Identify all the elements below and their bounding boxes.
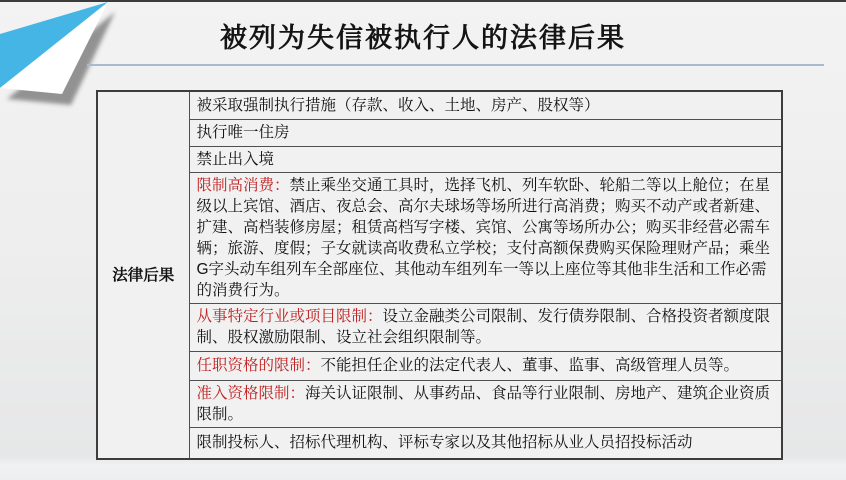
- consequence-lead: 任职资格的限制：: [197, 357, 321, 374]
- table-row: 准入资格限制：海关认证限制、从事药品、食品等行业限制、房地产、建筑企业资质限制。: [97, 380, 782, 427]
- consequence-cell: 从事特定行业或项目限制：设立金融类公司限制、发行债券限制、合格投资者额度限制、股…: [189, 303, 782, 351]
- consequence-cell: 限制高消费：禁止乘坐交通工具时，选择飞机、列车软卧、轮船二等以上舱位；在星级以上…: [189, 172, 782, 303]
- consequence-lead: 准入资格限制：: [197, 385, 306, 402]
- slide-top-border: [0, 0, 846, 2]
- table-row: 限制高消费：禁止乘坐交通工具时，选择飞机、列车软卧、轮船二等以上舱位；在星级以上…: [97, 172, 782, 303]
- page-title: 被列为失信被执行人的法律后果: [0, 16, 846, 55]
- title-divider-line: [87, 64, 824, 66]
- slide-background: { "slide": { "title": "被列为失信被执行人的法律后果", …: [0, 0, 846, 480]
- consequence-cell: 被采取强制执行措施（存款、收入、土地、房产、股权等）: [189, 91, 782, 119]
- consequence-cell: 准入资格限制：海关认证限制、从事药品、食品等行业限制、房地产、建筑企业资质限制。: [189, 380, 782, 427]
- table-row: 执行唯一住房: [97, 119, 782, 146]
- consequence-text: 执行唯一住房: [197, 124, 290, 141]
- table-row: 法律后果 被采取强制执行措施（存款、收入、土地、房产、股权等）: [97, 91, 782, 119]
- consequence-text: 禁止乘坐交通工具时，选择飞机、列车软卧、轮船二等以上舱位；在星级以上宾馆、酒店、…: [197, 177, 771, 299]
- consequence-lead: 限制高消费：: [197, 177, 290, 194]
- consequence-cell: 禁止出入境: [189, 146, 782, 172]
- consequence-lead: 从事特定行业或项目限制：: [197, 308, 383, 325]
- consequence-text: 限制投标人、招标代理机构、评标专家以及其他招标从业人员招投标活动: [197, 434, 693, 451]
- consequence-text: 禁止出入境: [197, 151, 275, 168]
- row-header-cell: 法律后果: [97, 91, 189, 459]
- consequence-cell: 任职资格的限制：不能担任企业的法定代表人、董事、监事、高级管理人员等。: [189, 351, 782, 380]
- consequences-table: 法律后果 被采取强制执行措施（存款、收入、土地、房产、股权等） 执行唯一住房 禁…: [96, 90, 783, 460]
- table-row: 任职资格的限制：不能担任企业的法定代表人、董事、监事、高级管理人员等。: [97, 351, 782, 380]
- table-row: 从事特定行业或项目限制：设立金融类公司限制、发行债券限制、合格投资者额度限制、股…: [97, 303, 782, 351]
- table-row: 限制投标人、招标代理机构、评标专家以及其他招标从业人员招投标活动: [97, 427, 782, 459]
- consequence-text: 不能担任企业的法定代表人、董事、监事、高级管理人员等。: [321, 357, 740, 374]
- consequence-cell: 执行唯一住房: [189, 119, 782, 146]
- table-row: 禁止出入境: [97, 146, 782, 172]
- consequence-cell: 限制投标人、招标代理机构、评标专家以及其他招标从业人员招投标活动: [189, 427, 782, 459]
- consequence-text: 被采取强制执行措施（存款、收入、土地、房产、股权等）: [197, 97, 600, 114]
